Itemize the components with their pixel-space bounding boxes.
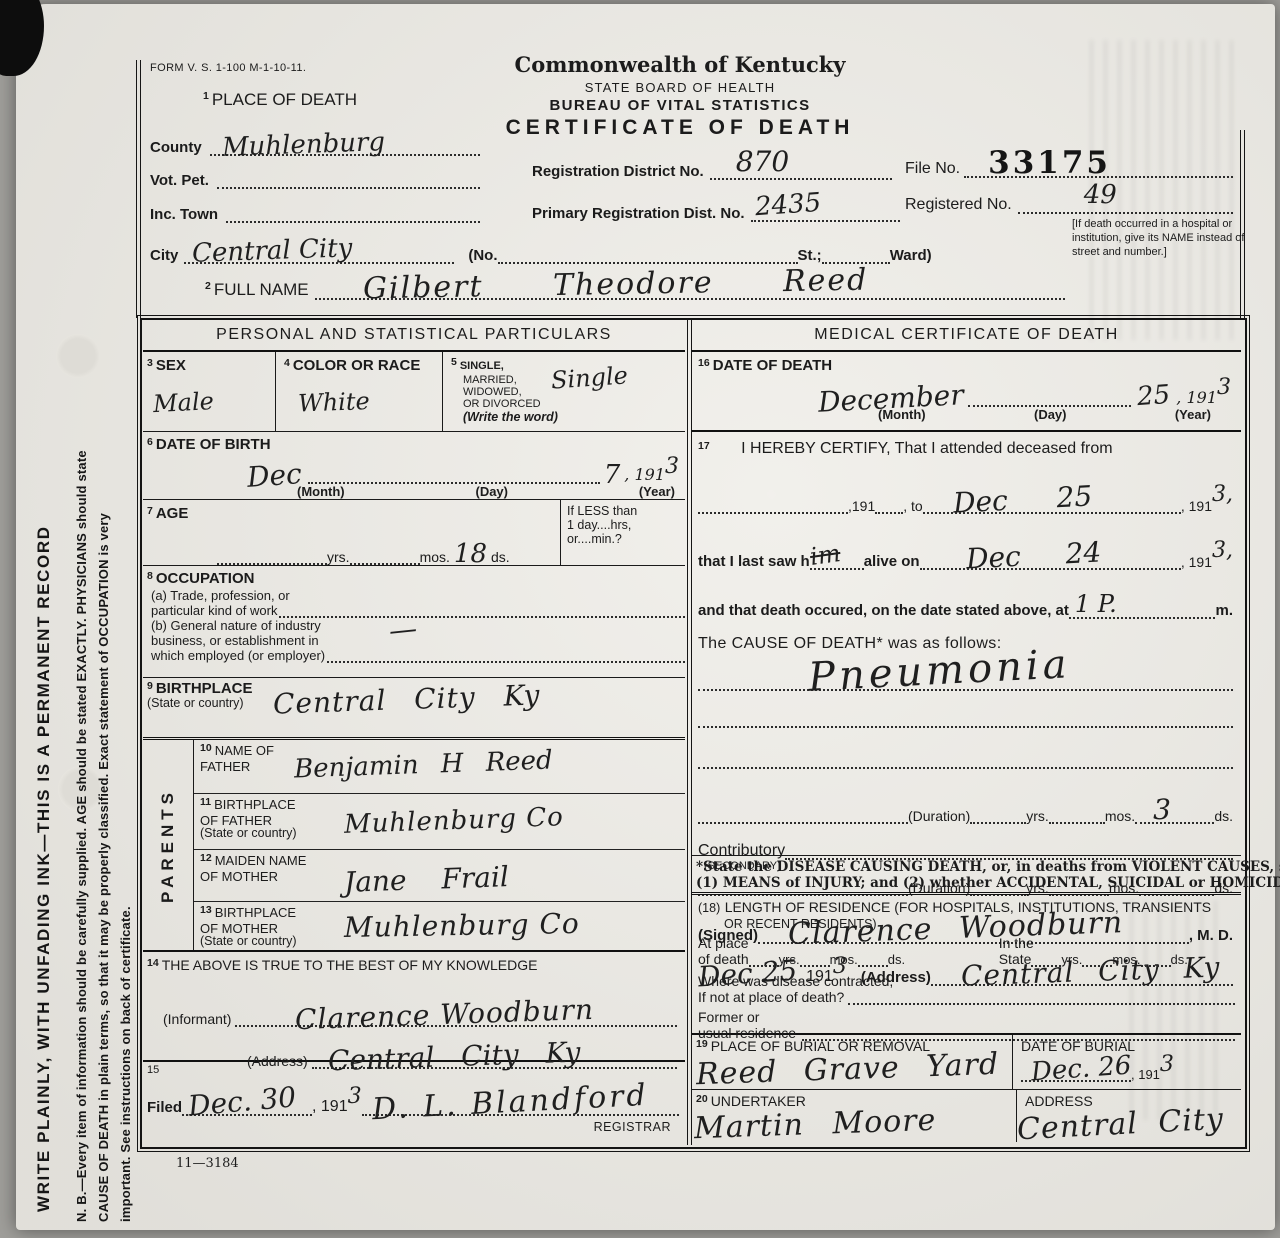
in-state-label: State [999, 951, 1032, 967]
registrar-signature: D. L. Blandford [371, 1081, 649, 1125]
duration-label: (Duration) [908, 808, 970, 824]
age-cell: 7AGE yrs. mos. 18 ds. [143, 500, 560, 565]
registration-district-label: Registration District No. [532, 163, 704, 180]
occupation-a-label: (a) Trade, profession, or [151, 588, 685, 603]
personal-title-text: PERSONAL AND STATISTICAL PARTICULARS [216, 326, 612, 343]
filed-date-value: Dec. 30 [187, 1083, 297, 1120]
commonwealth-title: Commonwealth of Kentucky [430, 52, 930, 77]
marital-label: SINGLE, [460, 360, 504, 372]
occupation-a-label: particular kind of work [151, 603, 277, 618]
birthplace-label: BIRTHPLACE [156, 680, 253, 697]
cause-line-1: Pneumonia [698, 653, 1233, 691]
mos-label: mos. [830, 952, 858, 967]
year-printed: , 191 [1181, 498, 1212, 514]
field-number: 1 [203, 90, 209, 102]
inc-town-field: Inc. Town [150, 206, 480, 223]
day-caption: (Day) [1034, 407, 1067, 422]
residence-label: OR RECENT RESIDENTS) [724, 917, 1235, 931]
mos-label: mos. [1112, 952, 1140, 967]
field-number: 19 [696, 1038, 708, 1050]
former-residence-label: Former or [698, 1009, 1235, 1025]
primary-registration-field: Primary Registration Dist. No. 2435 [532, 194, 900, 222]
date-of-burial-value: Dec. 26 [1030, 1053, 1132, 1086]
field-number: 8 [147, 570, 153, 582]
field-number: 6 [147, 436, 153, 448]
county-field: County Muhlenburg [150, 128, 480, 156]
file-number-value: 33175 [988, 145, 1111, 181]
form-footer-code: 11—3184 [176, 1156, 239, 1171]
ds-label: ds. [888, 952, 905, 967]
mother-birthplace-value: Muhlenburg Co [344, 910, 580, 942]
year-printed: ,191 [848, 498, 875, 514]
sex-color-marital-row: 3SEX Male 4COLOR OR RACE White 5SINGLE, … [143, 352, 685, 432]
less-than-label: 1 day....hrs, [567, 518, 685, 532]
father-name-value: Benjamin H Reed [294, 747, 553, 782]
violent-causes-footnote: *State the DISEASE CAUSING DEATH, or, in… [692, 855, 1241, 895]
filed-section: 15 Filed Dec. 30 , 191 3 D. L. Blandford… [143, 1062, 685, 1135]
registered-number-label: Registered No. [905, 196, 1012, 214]
age-row: 7AGE yrs. mos. 18 ds. If LESS than 1 day… [143, 500, 685, 566]
year-printed: , 191 [1131, 1067, 1160, 1082]
at-place-label: At place [698, 935, 999, 951]
medical-title: MEDICAL CERTIFICATE OF DEATH [692, 318, 1241, 352]
city-value: Central City [192, 235, 353, 267]
burial-year-value: 3 [1160, 1054, 1174, 1076]
father-name-row: 10NAME OF FATHER Benjamin H Reed [194, 740, 685, 794]
dob-year-printed: , 191 [624, 465, 665, 484]
mother-birthplace-label: BIRTHPLACE [215, 905, 296, 920]
dob-month-value: Dec [246, 460, 303, 492]
disease-contracted-label: If not at place of death? [698, 989, 844, 1005]
occupation-b-label: (b) General nature of industry [151, 618, 685, 633]
voting-precinct-field: Vot. Pet. [150, 172, 480, 189]
mother-name-label: MAIDEN NAME [215, 853, 307, 868]
death-month-value: December [817, 381, 964, 417]
year-printed: , 191 [1181, 554, 1212, 570]
dob-day-value: 7 [604, 462, 621, 488]
death-day-value: 25 [1136, 382, 1171, 410]
county-value: Muhlenburg [221, 129, 385, 161]
ward-label: Ward) [890, 247, 932, 264]
file-number-label: File No. [905, 160, 960, 178]
marital-label: OR DIVORCED [463, 398, 685, 410]
field-number: 3 [147, 357, 153, 369]
city-field: City Central City (No. St.; Ward) [150, 236, 1045, 264]
parents-section: PARENTS 10NAME OF FATHER Benjamin H Reed… [143, 740, 685, 952]
dob-label: DATE OF BIRTH [156, 436, 271, 453]
form-number: FORM V. S. 1-100 M-1-10-11. [150, 62, 306, 74]
left-rule [136, 60, 141, 318]
full-name-field: 2FULL NAME Gilbert Theodore Reed [205, 268, 1065, 300]
marital-status-cell: 5SINGLE, MARRIED, WIDOWED, OR DIVORCED (… [443, 352, 685, 431]
bureau-title: BUREAU OF VITAL STATISTICS [430, 97, 930, 114]
sex-label: SEX [156, 357, 186, 374]
medical-title-text: MEDICAL CERTIFICATE OF DEATH [814, 326, 1119, 343]
place-of-death-label: PLACE OF DEATH [212, 90, 357, 109]
age-days-value: 18 [454, 541, 487, 567]
primary-registration-value: 2435 [754, 190, 822, 221]
in-state-label: In the [999, 935, 1235, 951]
field-number: 16 [698, 357, 710, 369]
date-of-burial-cell: DATE OF BURIAL Dec. 26 , 191 3 [1012, 1035, 1241, 1089]
state-board-title: STATE BOARD OF HEALTH [430, 80, 930, 95]
ds-label: ds. [491, 549, 510, 565]
year-caption: (Year) [639, 484, 675, 499]
street-no-label: (No. [468, 247, 497, 264]
header-titles: Commonwealth of Kentucky STATE BOARD OF … [430, 52, 930, 140]
mother-name-row: 12MAIDEN NAME OF MOTHER Jane Frail [194, 850, 685, 902]
place-of-burial-cell: 19PLACE OF BURIAL OR REMOVAL Reed Grave … [692, 1035, 1012, 1089]
certify-statement: I HEREBY CERTIFY, That I attended deceas… [741, 440, 1112, 457]
death-occurred-label: and that death occured, on the date stat… [698, 602, 1069, 619]
personal-column: PERSONAL AND STATISTICAL PARTICULARS 3SE… [143, 318, 685, 1145]
father-name-label: NAME OF [215, 743, 274, 758]
date-of-birth-row: 6DATE OF BIRTH Dec 7 , 191 3 (Month) (Da… [143, 432, 685, 500]
length-of-residence-section: (18) LENGTH OF RESIDENCE (FOR HOSPITALS,… [692, 895, 1241, 1035]
county-label: County [150, 139, 202, 156]
cause-of-death-value: Pneumonia [807, 644, 1071, 698]
dob-year-value: 3 [665, 456, 679, 478]
last-saw-label: that I last saw h [698, 553, 810, 570]
certificate-title: CERTIFICATE OF DEATH [430, 116, 930, 140]
disease-contracted-label: Where was disease contracted, [698, 973, 1235, 989]
ds-label: ds. [1214, 808, 1233, 824]
parents-fields: 10NAME OF FATHER Benjamin H Reed 11BIRTH… [194, 740, 685, 950]
at-place-fields: At place of death yrs. mos. ds. [698, 935, 999, 967]
registration-district-value: 870 [736, 145, 789, 178]
place-of-death-heading: 1PLACE OF DEATH [203, 90, 357, 110]
birthplace-row: 9BIRTHPLACE (State or country) Central C… [143, 678, 685, 740]
parents-label-cell: PARENTS [143, 740, 194, 950]
field-number: 12 [200, 852, 212, 864]
parents-label: PARENTS [158, 788, 178, 903]
month-caption: (Month) [297, 484, 345, 499]
certificate-sheet: FORM V. S. 1-100 M-1-10-11. Commonwealth… [0, 0, 1280, 1238]
registered-number-value: 49 [1084, 180, 1117, 210]
field-number: 4 [284, 357, 290, 369]
mos-label: mos. [1105, 808, 1135, 824]
undertaker-label: UNDERTAKER [711, 1093, 806, 1109]
knowledge-statement: THE ABOVE IS TRUE TO THE BEST OF MY KNOW… [162, 957, 538, 973]
field-number: 15 [147, 1064, 685, 1076]
sex-value: Male [152, 386, 275, 416]
last-seen-year: 3, [1212, 540, 1233, 562]
mother-birthplace-row: 13BIRTHPLACE OF MOTHER (State or country… [194, 902, 685, 950]
inc-town-label: Inc. Town [150, 206, 218, 223]
field-number: 20 [696, 1093, 708, 1105]
undertaker-cell: 20UNDERTAKER Martin Moore [692, 1090, 1016, 1142]
filed-year-printed: , 191 [312, 1098, 348, 1116]
undertaker-address-value: Central City [1016, 1105, 1224, 1146]
color-race-label: COLOR OR RACE [293, 357, 421, 374]
occupation-label: OCCUPATION [156, 570, 255, 587]
age-label: AGE [156, 505, 189, 522]
in-state-fields: In the State yrs. mos. ds. [999, 935, 1235, 967]
hospital-note: [If death occurred in a hospital or inst… [1072, 218, 1262, 259]
undertaker-value: Martin Moore [694, 1106, 937, 1144]
father-birthplace-value: Muhlenburg Co [344, 804, 565, 838]
yrs-label: yrs. [327, 549, 350, 565]
city-label: City [150, 247, 178, 264]
birthplace-value: Central City Ky [273, 681, 541, 718]
undertaker-row: 20UNDERTAKER Martin Moore ADDRESS Centra… [692, 1090, 1241, 1142]
attended-to-date: Dec 25 [952, 482, 1093, 517]
death-year-printed: , 191 [1176, 388, 1217, 407]
yrs-label: yrs. [1061, 952, 1082, 967]
informant-section: 14THE ABOVE IS TRUE TO THE BEST OF MY KN… [143, 952, 685, 1062]
struck-word: im [808, 541, 841, 569]
attended-to-year: 3, [1212, 484, 1233, 506]
father-birthplace-label: BIRTHPLACE [214, 797, 295, 812]
alive-on-label: alive on [864, 553, 920, 570]
personal-title: PERSONAL AND STATISTICAL PARTICULARS [143, 318, 685, 352]
registered-number-field: Registered No. 49 [905, 186, 1233, 214]
yrs-label: yrs. [1026, 808, 1049, 824]
field-number: 11 [200, 796, 211, 808]
death-year-value: 3 [1217, 377, 1231, 399]
filed-year-value: 3 [348, 1086, 362, 1108]
primary-registration-label: Primary Registration Dist. No. [532, 205, 745, 222]
full-name-label: FULL NAME [214, 280, 309, 299]
footnote-line: (1) MEANS of INJURY; and (2) whether ACC… [696, 875, 1237, 891]
less-than-day-cell: If LESS than 1 day....hrs, or....min.? [560, 500, 685, 565]
write-the-word-label: (Write the word) [463, 410, 685, 424]
ds-label: ds. [1171, 952, 1188, 967]
registration-district-field: Registration District No. 870 [532, 150, 892, 180]
meridiem-label: m. [1215, 602, 1233, 619]
last-seen-date: Dec 24 [965, 538, 1102, 573]
residence-label: LENGTH OF RESIDENCE (FOR HOSPITALS, INST… [725, 899, 1211, 915]
duration-days-value: 3 [1153, 793, 1171, 826]
date-of-death-label: DATE OF DEATH [713, 357, 832, 374]
street-label: St.; [798, 247, 822, 264]
death-hour-value: 1 P. [1075, 590, 1117, 618]
occupation-mark: — [388, 615, 419, 646]
informant-value: Clarence Woodburn [295, 996, 595, 1034]
field-number: 2 [205, 280, 211, 292]
field-number: 7 [147, 505, 153, 517]
field-number: 5 [451, 356, 457, 368]
date-of-death-row: 16DATE OF DEATH December 25 , 191 3 (Mon… [692, 352, 1241, 432]
field-number: 13 [200, 904, 212, 916]
less-than-label: or....min.? [567, 532, 685, 546]
footnote-line: *State the DISEASE CAUSING DEATH, or, in… [696, 859, 1237, 875]
at-place-label: of death [698, 951, 749, 967]
occupation-b-label: which employed (or employer) [151, 648, 325, 663]
field-number: 17 [698, 440, 710, 452]
mother-name-value: Jane Frail [344, 863, 510, 897]
full-name-value: Gilbert Theodore Reed [362, 266, 868, 305]
sex-cell: 3SEX Male [143, 352, 276, 431]
yrs-label: yrs. [779, 952, 800, 967]
year-caption: (Year) [1175, 407, 1211, 422]
field-number: 14 [147, 957, 159, 969]
less-than-label: If LESS than [567, 504, 685, 518]
filed-label: Filed [147, 1099, 182, 1116]
day-caption: (Day) [475, 484, 508, 499]
color-race-cell: 4COLOR OR RACE White [276, 352, 443, 431]
to-label: , to [903, 498, 922, 514]
mos-label: mos. [420, 549, 450, 565]
burial-row: 19PLACE OF BURIAL OR REMOVAL Reed Grave … [692, 1035, 1241, 1090]
undertaker-address-cell: ADDRESS Central City [1016, 1090, 1241, 1142]
death-certificate-scan: { "page": { "form_no": "FORM V. S. 1-100… [0, 0, 1280, 1238]
marital-value: Single [550, 363, 628, 392]
occupation-row: 8OCCUPATION (a) Trade, profession, or pa… [143, 566, 685, 678]
voting-precinct-label: Vot. Pet. [150, 172, 209, 189]
place-of-burial-value: Reed Grave Yard [696, 1050, 1000, 1091]
field-number: 10 [200, 742, 212, 754]
informant-label: (Informant) [163, 1011, 231, 1027]
medical-column: MEDICAL CERTIFICATE OF DEATH 16DATE OF D… [692, 318, 1241, 1145]
field-number: 9 [147, 680, 153, 692]
field-number: (18) [698, 901, 720, 915]
father-birthplace-row: 11BIRTHPLACE OF FATHER (State or country… [194, 794, 685, 850]
file-number-field: File No. 33175 [905, 140, 1233, 178]
certification-section: 17 I HEREBY CERTIFY, That I attended dec… [692, 432, 1241, 855]
color-race-value: White [298, 386, 443, 415]
